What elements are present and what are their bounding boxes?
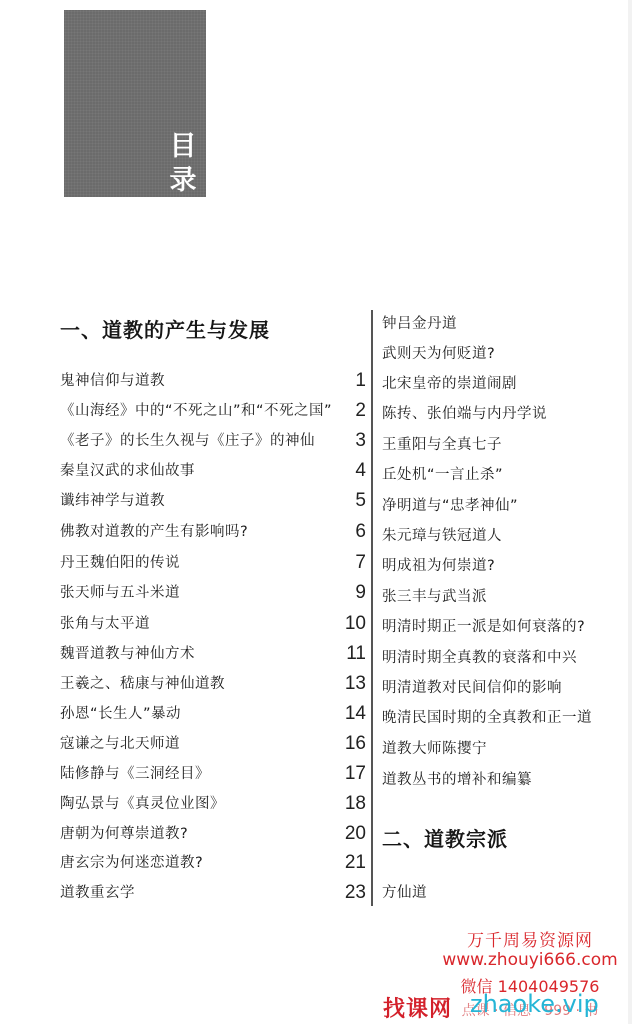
entry-page: 21 <box>345 852 366 874</box>
entry-title: 丘处机“一言止杀” <box>382 464 503 486</box>
toc-entry[interactable]: 钟吕金丹道 <box>382 313 622 335</box>
entry-title: 魏晋道教与神仙方术 <box>60 643 195 665</box>
entry-title: 道教丛书的增补和编纂 <box>382 769 532 791</box>
toc-entry[interactable]: 张天师与五斗米道9 <box>60 582 366 604</box>
toc-entry[interactable]: 秦皇汉武的求仙故事4 <box>60 460 366 482</box>
toc-entry[interactable]: 北宋皇帝的崇道闹剧 <box>382 373 622 395</box>
section-heading-1: 一、道教的产生与发展 <box>60 314 270 343</box>
entry-title: 寇谦之与北天师道 <box>60 733 180 755</box>
toc-entry[interactable]: 陆修静与《三洞经目》17 <box>60 763 366 785</box>
entry-title: 王羲之、嵇康与神仙道教 <box>60 673 225 695</box>
toc-entry[interactable]: 明清时期正一派是如何衰落的? <box>382 616 622 638</box>
entry-title: 张角与太平道 <box>60 613 150 635</box>
entry-page: 18 <box>345 793 366 815</box>
entry-page: 4 <box>355 460 366 482</box>
entry-title: 谶纬神学与道教 <box>60 490 165 512</box>
toc-entry[interactable]: 寇谦之与北天师道16 <box>60 733 366 755</box>
toc-entry[interactable]: 陶弘景与《真灵位业图》18 <box>60 793 366 815</box>
section-heading-2: 二、道教宗派 <box>382 823 508 852</box>
entry-title: 陈抟、张伯端与内丹学说 <box>382 403 547 425</box>
toc-entry[interactable]: 孙恩“长生人”暴动14 <box>60 703 366 725</box>
entry-page: 6 <box>355 521 366 543</box>
entry-title: 晚清民国时期的全真教和正一道 <box>382 707 592 729</box>
entry-title: 明成祖为何崇道? <box>382 555 495 577</box>
entry-title: 鬼神信仰与道教 <box>60 370 165 392</box>
entry-page: 3 <box>355 430 366 452</box>
toc-entry[interactable]: 张三丰与武当派 <box>382 586 622 608</box>
toc-entry[interactable]: 明清道教对民间信仰的影响 <box>382 677 622 699</box>
toc-entry[interactable]: 明清时期全真教的衰落和中兴 <box>382 647 622 669</box>
entry-title: 陶弘景与《真灵位业图》 <box>60 793 225 815</box>
toc-entry[interactable]: 净明道与“忠孝神仙” <box>382 495 622 517</box>
entry-page: 11 <box>346 643 366 665</box>
entry-title: 明清时期正一派是如何衰落的? <box>382 616 585 638</box>
toc-entry[interactable]: 王重阳与全真七子 <box>382 434 622 456</box>
toc-entry[interactable]: 道教大师陈撄宁 <box>382 738 622 760</box>
entry-title: 孙恩“长生人”暴动 <box>60 703 181 725</box>
entry-title: 明清道教对民间信仰的影响 <box>382 677 562 699</box>
watermark-brand-url: zhaoke.vip <box>470 990 599 1018</box>
entry-page: 7 <box>355 552 366 574</box>
page-edge <box>628 0 632 1024</box>
toc-entry[interactable]: 朱元璋与铁冠道人 <box>382 525 622 547</box>
toc-title: 目录 <box>168 130 198 198</box>
toc-entry[interactable]: 道教丛书的增补和编纂 <box>382 769 622 791</box>
toc-title-block: 目录 <box>64 10 206 197</box>
entry-title: 唐玄宗为何迷恋道教? <box>60 852 203 874</box>
toc-entry[interactable]: 谶纬神学与道教5 <box>60 490 366 512</box>
entry-title: 秦皇汉武的求仙故事 <box>60 460 195 482</box>
toc-entry[interactable]: 魏晋道教与神仙方术11 <box>60 643 366 665</box>
column-divider <box>371 310 373 906</box>
watermark-site-name: 万千周易资源网 <box>440 926 620 951</box>
entry-page: 2 <box>355 400 366 422</box>
watermark-brand-cn: 找课网 <box>383 992 452 1023</box>
toc-entry[interactable]: 晚清民国时期的全真教和正一道 <box>382 707 622 729</box>
toc-entry[interactable]: 佛教对道教的产生有影响吗?6 <box>60 521 366 543</box>
entry-page: 14 <box>345 703 366 725</box>
entry-page: 5 <box>355 490 366 512</box>
entry-title: 《山海经》中的“不死之山”和“不死之国” <box>60 400 332 422</box>
entry-title: 朱元璋与铁冠道人 <box>382 525 502 547</box>
entry-page: 1 <box>355 370 366 392</box>
toc-entry[interactable]: 丹王魏伯阳的传说7 <box>60 552 366 574</box>
entry-title: 佛教对道教的产生有影响吗? <box>60 521 248 543</box>
toc-entry[interactable]: 唐朝为何尊崇道教?20 <box>60 823 366 845</box>
toc-entry[interactable]: 鬼神信仰与道教1 <box>60 370 366 392</box>
toc-entry[interactable]: 《山海经》中的“不死之山”和“不死之国”2 <box>60 400 366 422</box>
entry-title: 唐朝为何尊崇道教? <box>60 823 188 845</box>
toc-entry[interactable]: 丘处机“一言止杀” <box>382 464 622 486</box>
entry-title: 钟吕金丹道 <box>382 313 457 335</box>
entry-title: 方仙道 <box>382 882 427 904</box>
entry-title: 武则天为何贬道? <box>382 343 495 365</box>
entry-title: 净明道与“忠孝神仙” <box>382 495 518 517</box>
entry-title: 北宋皇帝的崇道闹剧 <box>382 373 517 395</box>
entry-page: 23 <box>345 882 366 904</box>
toc-entry[interactable]: 陈抟、张伯端与内丹学说 <box>382 403 622 425</box>
entry-title: 陆修静与《三洞经目》 <box>60 763 210 785</box>
toc-entry[interactable]: 唐玄宗为何迷恋道教?21 <box>60 852 366 874</box>
entry-title: 《老子》的长生久视与《庄子》的神仙 <box>60 430 315 452</box>
toc-entry[interactable]: 明成祖为何崇道? <box>382 555 622 577</box>
entry-page: 13 <box>345 673 366 695</box>
toc-entry[interactable]: 方仙道 <box>382 882 622 904</box>
entry-title: 丹王魏伯阳的传说 <box>60 552 180 574</box>
entry-page: 10 <box>345 613 366 635</box>
entry-page: 16 <box>345 733 366 755</box>
entry-page: 17 <box>345 763 366 785</box>
toc-entry[interactable]: 王羲之、嵇康与神仙道教13 <box>60 673 366 695</box>
watermark-url: www.zhouyi666.com <box>432 950 628 970</box>
entry-page: 9 <box>355 582 366 604</box>
toc-entry[interactable]: 武则天为何贬道? <box>382 343 622 365</box>
entry-title: 道教大师陈撄宁 <box>382 738 487 760</box>
entry-title: 张三丰与武当派 <box>382 586 487 608</box>
toc-entry[interactable]: 张角与太平道10 <box>60 613 366 635</box>
entry-title: 明清时期全真教的衰落和中兴 <box>382 647 577 669</box>
entry-page: 20 <box>345 823 366 845</box>
entry-title: 王重阳与全真七子 <box>382 434 502 456</box>
toc-entry[interactable]: 《老子》的长生久视与《庄子》的神仙3 <box>60 430 366 452</box>
toc-entry[interactable]: 道教重玄学23 <box>60 882 366 904</box>
entry-title: 张天师与五斗米道 <box>60 582 180 604</box>
entry-title: 道教重玄学 <box>60 882 135 904</box>
